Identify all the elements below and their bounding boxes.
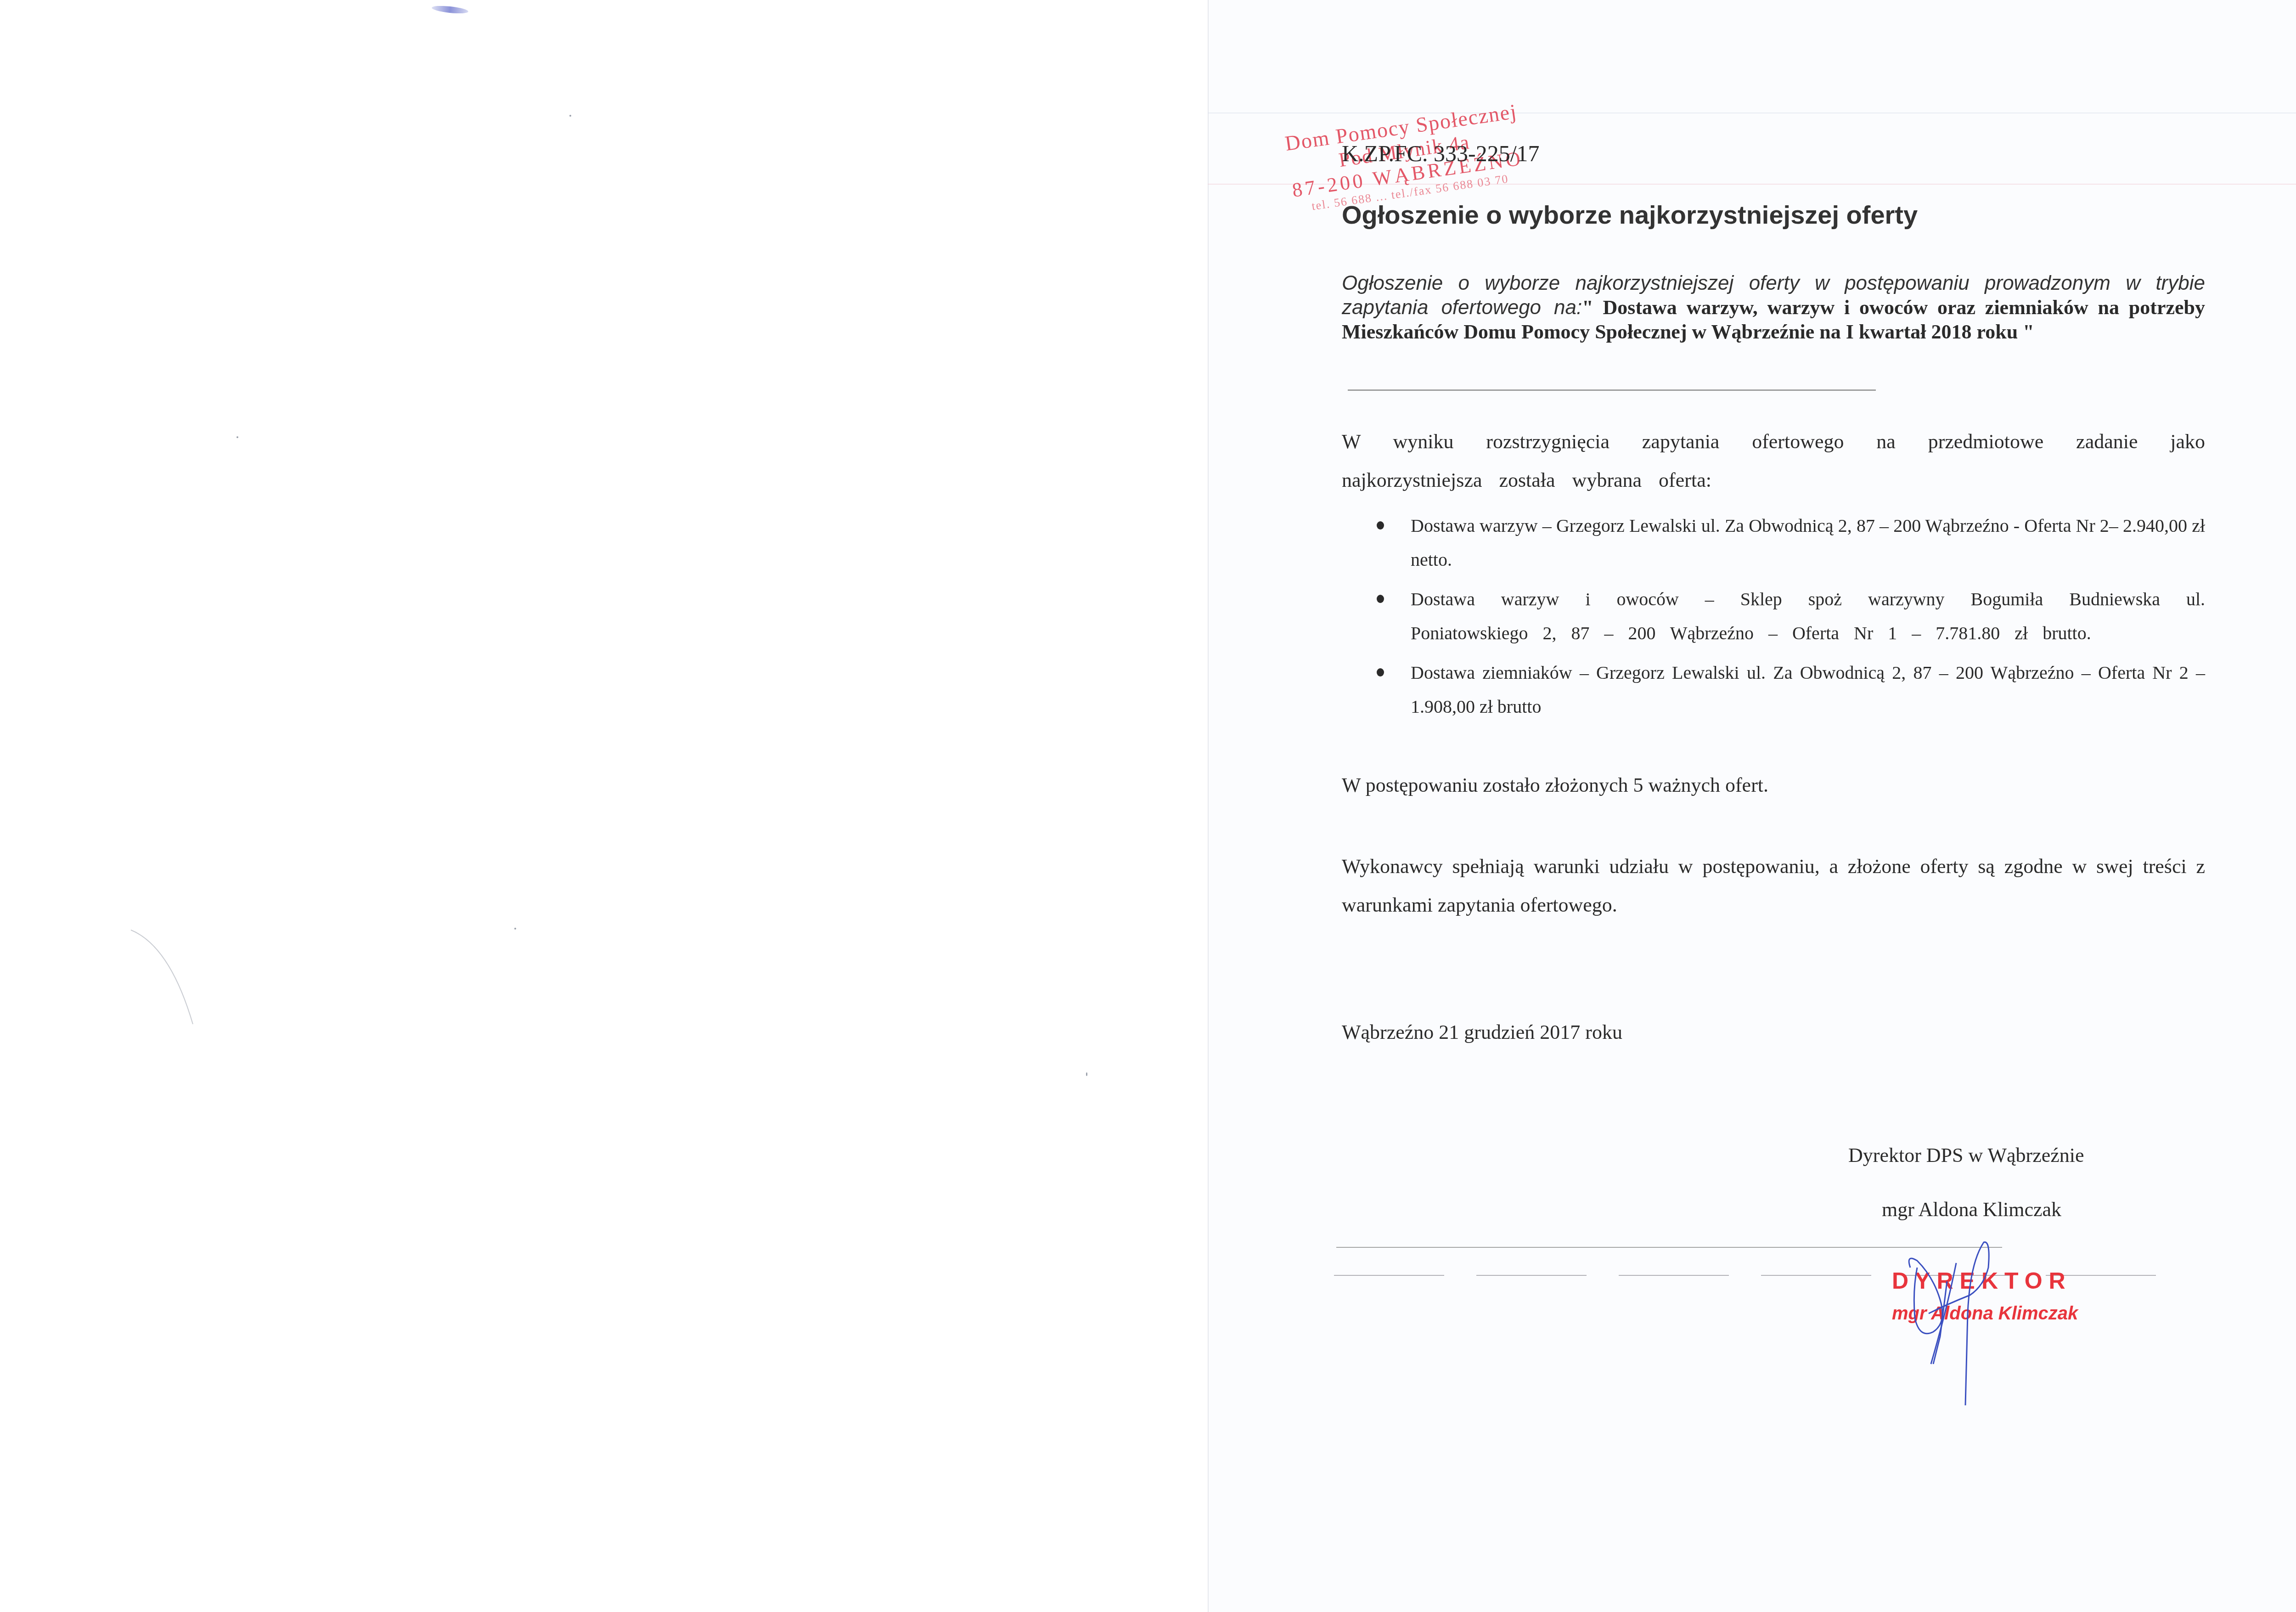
compliance-paragraph: Wykonawcy spełniają warunki udziału w po… — [1342, 847, 2205, 924]
list-item: Dostawa ziemniaków – Grzegorz Lewalski u… — [1373, 656, 2205, 724]
intro-paragraph: Ogłoszenie o wyborze najkorzystniejszej … — [1342, 271, 2205, 344]
offers-count-paragraph: W postępowaniu zostało złożonych 5 ważny… — [1342, 766, 2205, 805]
offer-text: Dostawa warzyw – Grzegorz Lewalski ul. Z… — [1411, 515, 2205, 570]
signature-line-dash — [1334, 1275, 1444, 1276]
list-item: Dostawa warzyw – Grzegorz Lewalski ul. Z… — [1373, 509, 2205, 577]
signatory-name: mgr Aldona Klimczak — [1882, 1198, 2061, 1221]
list-item: Dostawa warzyw i owoców – Sklep spoż war… — [1373, 582, 2205, 650]
offer-text: Dostawa ziemniaków – Grzegorz Lewalski u… — [1411, 662, 2205, 717]
divider — [1348, 389, 1876, 391]
signature-line-dash — [1476, 1275, 1587, 1276]
document-title: Ogłoszenie o wyborze najkorzystniejszej … — [1342, 200, 1918, 230]
reference-number: K.ZP.FC. 333-225/17 — [1342, 140, 1540, 167]
signature-line-dash — [1761, 1275, 1871, 1276]
handwritten-signature — [1896, 1235, 2007, 1410]
document-content: Dom Pomocy Społecznej Pod Młynik 4a 87-2… — [0, 0, 2296, 1612]
date-line: Wąbrzeźno 21 grudzień 2017 roku — [1342, 1020, 1622, 1044]
result-paragraph: W wyniku rozstrzygnięcia zapytania ofert… — [1342, 423, 2205, 500]
bullet-icon — [1377, 595, 1384, 603]
selected-offers-list: Dostawa warzyw – Grzegorz Lewalski ul. Z… — [1373, 509, 2205, 729]
signature-line-dash — [1619, 1275, 1729, 1276]
offer-text: Dostawa warzyw i owoców – Sklep spoż war… — [1411, 589, 2205, 643]
bullet-icon — [1377, 668, 1384, 676]
bullet-icon — [1377, 521, 1384, 530]
signatory-title: Dyrektor DPS w Wąbrzeźnie — [1848, 1144, 2084, 1167]
